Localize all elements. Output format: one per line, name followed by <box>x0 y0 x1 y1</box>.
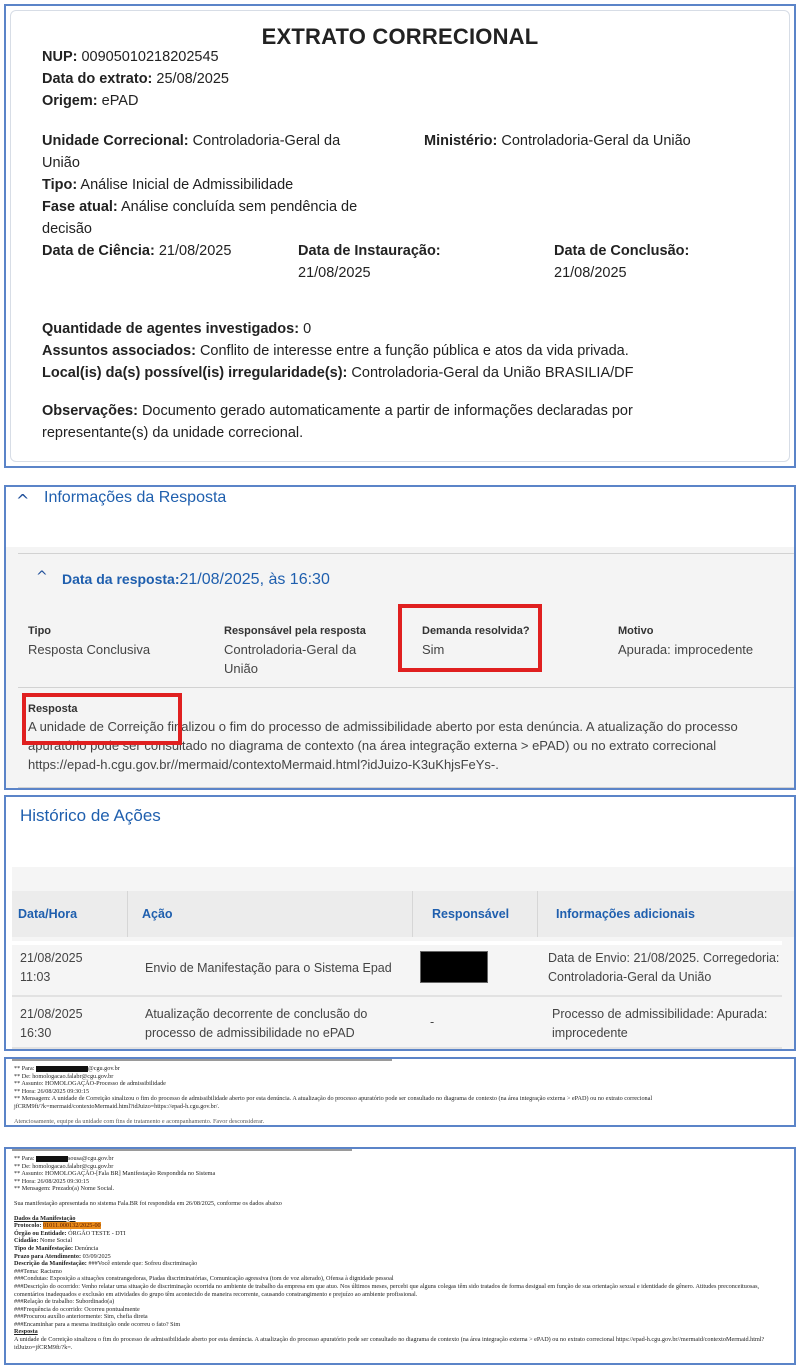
data-conclusao-label: Data de Conclusão: <box>554 240 689 262</box>
data-ciencia-line: Data de Ciência: 21/08/2025 <box>42 240 231 262</box>
fase-atual-cont: decisão <box>42 218 92 240</box>
dados-manifestacao-title: Dados da Manifestação <box>14 1215 786 1223</box>
historico-title: Histórico de Ações <box>20 806 161 826</box>
protocolo-line: Protocolo: 01011.000132/2025-00 <box>14 1222 786 1230</box>
column-separator <box>537 891 538 937</box>
row-acao: Envio de Manifestação para o Sistema Epa… <box>145 959 392 978</box>
row-acao: Atualização decorrente de conclusão dopr… <box>145 1005 367 1043</box>
row-divider <box>12 995 782 997</box>
auxilio-line: ###Procurou auxílio anteriormente: Sim, … <box>14 1313 786 1321</box>
fase-atual-line: Fase atual: Análise concluída sem pendên… <box>42 196 357 218</box>
orgao-line: Órgão ou Entidade: ÓRGÃO TESTE - DTI <box>14 1230 786 1238</box>
resposta-line: A unidade de Correição sinalizou o fim d… <box>14 1336 786 1351</box>
data-instauracao-value: 21/08/2025 <box>298 262 371 284</box>
nup-value: 00905010218202545 <box>81 49 218 65</box>
historico-acoes-panel: Histórico de Ações Data/Hora Ação Respon… <box>4 795 796 1051</box>
redacted-recipient <box>36 1066 88 1072</box>
highlight-box-demanda <box>398 604 542 672</box>
row-date: 21/08/202516:30 <box>20 1005 83 1043</box>
highlight-box-resposta <box>22 693 182 745</box>
informacoes-resposta-panel: ^ Informações da Resposta ^ Data da resp… <box>4 485 796 790</box>
informacoes-resposta-header[interactable]: ^ Informações da Resposta <box>6 487 794 547</box>
row-info: Processo de admissibilidade: Apurada:imp… <box>552 1005 767 1043</box>
row-divider <box>12 941 782 945</box>
resposta-title: Resposta <box>14 1328 786 1336</box>
email-assunto: ** Assunto: HOMOLOGAÇÃO-[Fala BR] Manife… <box>14 1170 786 1178</box>
historico-table: Data/Hora Ação Responsável Informações a… <box>12 867 794 1049</box>
tipo-value: Resposta Conclusiva <box>28 640 150 659</box>
email-hora: ** Hora: 26/08/2025 09:30:15 <box>14 1088 786 1096</box>
resposta-body: ^ Data da resposta:21/08/2025, às 16:30 … <box>6 547 794 788</box>
assuntos-line: Assuntos associados: Conflito de interes… <box>42 340 629 362</box>
unidade-correcional-line: Unidade Correcional: Controladoria-Geral… <box>42 130 340 152</box>
email-snippet-processo: ** Para: @cgu.gov.br ** De: homologacao.… <box>4 1057 796 1127</box>
column-header-data-hora[interactable]: Data/Hora <box>18 907 77 921</box>
data-instauracao-label: Data de Instauração: <box>298 240 441 262</box>
cidadao-line: Cidadão: Nome Social <box>14 1237 786 1245</box>
divider <box>18 787 794 788</box>
descricao-ocorrido-line: ###Descrição do ocorrido: Venho relatar … <box>14 1283 786 1298</box>
tipo-line: Tipo: Análise Inicial de Admissibilidade <box>42 174 293 196</box>
email-mensagem: ** Mensagem: A unidade de Correição sina… <box>14 1095 786 1103</box>
ministerio-line: Ministério: Controladoria-Geral da União <box>424 130 691 152</box>
redacted-recipient <box>36 1156 68 1162</box>
redacted-responsavel <box>420 951 488 983</box>
data-resposta-header[interactable]: Data da resposta:21/08/2025, às 16:30 <box>62 571 330 589</box>
nup-line: NUP: 00905010218202545 <box>42 46 219 68</box>
origem-line: Origem: ePAD <box>42 90 138 112</box>
unidade-correcional-cont: União <box>42 152 80 174</box>
encaminhar-line: ###Encaminhar para a mesma instituição o… <box>14 1321 786 1329</box>
column-header-responsavel[interactable]: Responsável <box>432 907 509 921</box>
chevron-up-icon[interactable]: ^ <box>16 491 29 510</box>
observacoes-line: Observações: Documento gerado automatica… <box>42 400 633 422</box>
local-line: Local(is) da(s) possível(is) irregularid… <box>42 362 634 384</box>
relacao-line: ###Relação de trabalho: Subordinado(a) <box>14 1298 786 1306</box>
column-header-acao[interactable]: Ação <box>142 907 173 921</box>
tema-line: ###Tema: Racismo <box>14 1268 786 1276</box>
row-date: 21/08/202511:03 <box>20 949 83 987</box>
data-extrato-line: Data do extrato: 25/08/2025 <box>42 68 229 90</box>
data-conclusao-value: 21/08/2025 <box>554 262 627 284</box>
row-info: Data de Envio: 21/08/2025. Corregedoria:… <box>548 949 779 987</box>
email-hora: ** Hora: 26/08/2025 09:30:15 <box>14 1178 786 1186</box>
agentes-line: Quantidade de agentes investigados: 0 <box>42 318 311 340</box>
descricao-line: Descrição da Manifestação: ###Você enten… <box>14 1260 786 1268</box>
responsavel-value: Controladoria-Geral daUnião <box>224 640 356 678</box>
table-header-row: Data/Hora Ação Responsável Informações a… <box>12 891 794 937</box>
responsavel-label: Responsável pela resposta <box>224 625 366 637</box>
row-divider <box>12 1047 782 1049</box>
condutas-line: ###Condutas: Exposição a situações const… <box>14 1275 786 1283</box>
motivo-value: Apurada: improcedente <box>618 640 753 659</box>
frequencia-line: ###Frequência do ocorrido: Ocorreu pontu… <box>14 1306 786 1314</box>
data-resposta-value: 21/08/2025, às 16:30 <box>179 571 329 588</box>
tipo-manifestacao-line: Tipo de Manifestação: Denúncia <box>14 1245 786 1253</box>
divider <box>18 687 794 688</box>
email-snippet-manifestacao: ** Para: sousa@cgu.gov.br ** De: homolog… <box>4 1147 796 1365</box>
protocolo-highlight: 01011.000132/2025-00 <box>43 1222 101 1229</box>
column-header-informacoes[interactable]: Informações adicionais <box>556 907 695 921</box>
email-divider <box>12 1149 352 1151</box>
motivo-label: Motivo <box>618 625 653 637</box>
tipo-label: Tipo <box>28 625 51 637</box>
observacoes-cont: representante(s) da unidade correcional. <box>42 422 303 444</box>
column-separator <box>412 891 413 937</box>
chevron-up-icon[interactable]: ^ <box>36 569 48 585</box>
divider <box>18 553 794 554</box>
email-para: ** Para: @cgu.gov.br <box>14 1065 786 1073</box>
informacoes-resposta-title: Informações da Resposta <box>44 489 226 507</box>
email-mensagem: ** Mensagem: Prezado(a) Nome Social. <box>14 1185 786 1193</box>
email-mensagem-cont: jfCRM9ft/?k=mermaid/contextoMermaid.html… <box>14 1103 786 1111</box>
column-separator <box>127 891 128 937</box>
email-para: ** Para: sousa@cgu.gov.br <box>14 1155 786 1163</box>
email-assunto: ** Assunto: HOMOLOGAÇÃO-Processo de admi… <box>14 1080 786 1088</box>
prazo-line: Prazo para Atendimento: 03/09/2025 <box>14 1253 786 1261</box>
email-intro: Sua manifestação apresentada no sistema … <box>14 1200 786 1208</box>
email-divider <box>12 1059 392 1061</box>
email-footer: Atenciosamente, equipe da unidade com fi… <box>14 1118 786 1126</box>
extrato-correcional-card: EXTRATO CORRECIONAL NUP: 009050102182025… <box>4 4 796 468</box>
row-responsavel: - <box>430 1013 434 1032</box>
